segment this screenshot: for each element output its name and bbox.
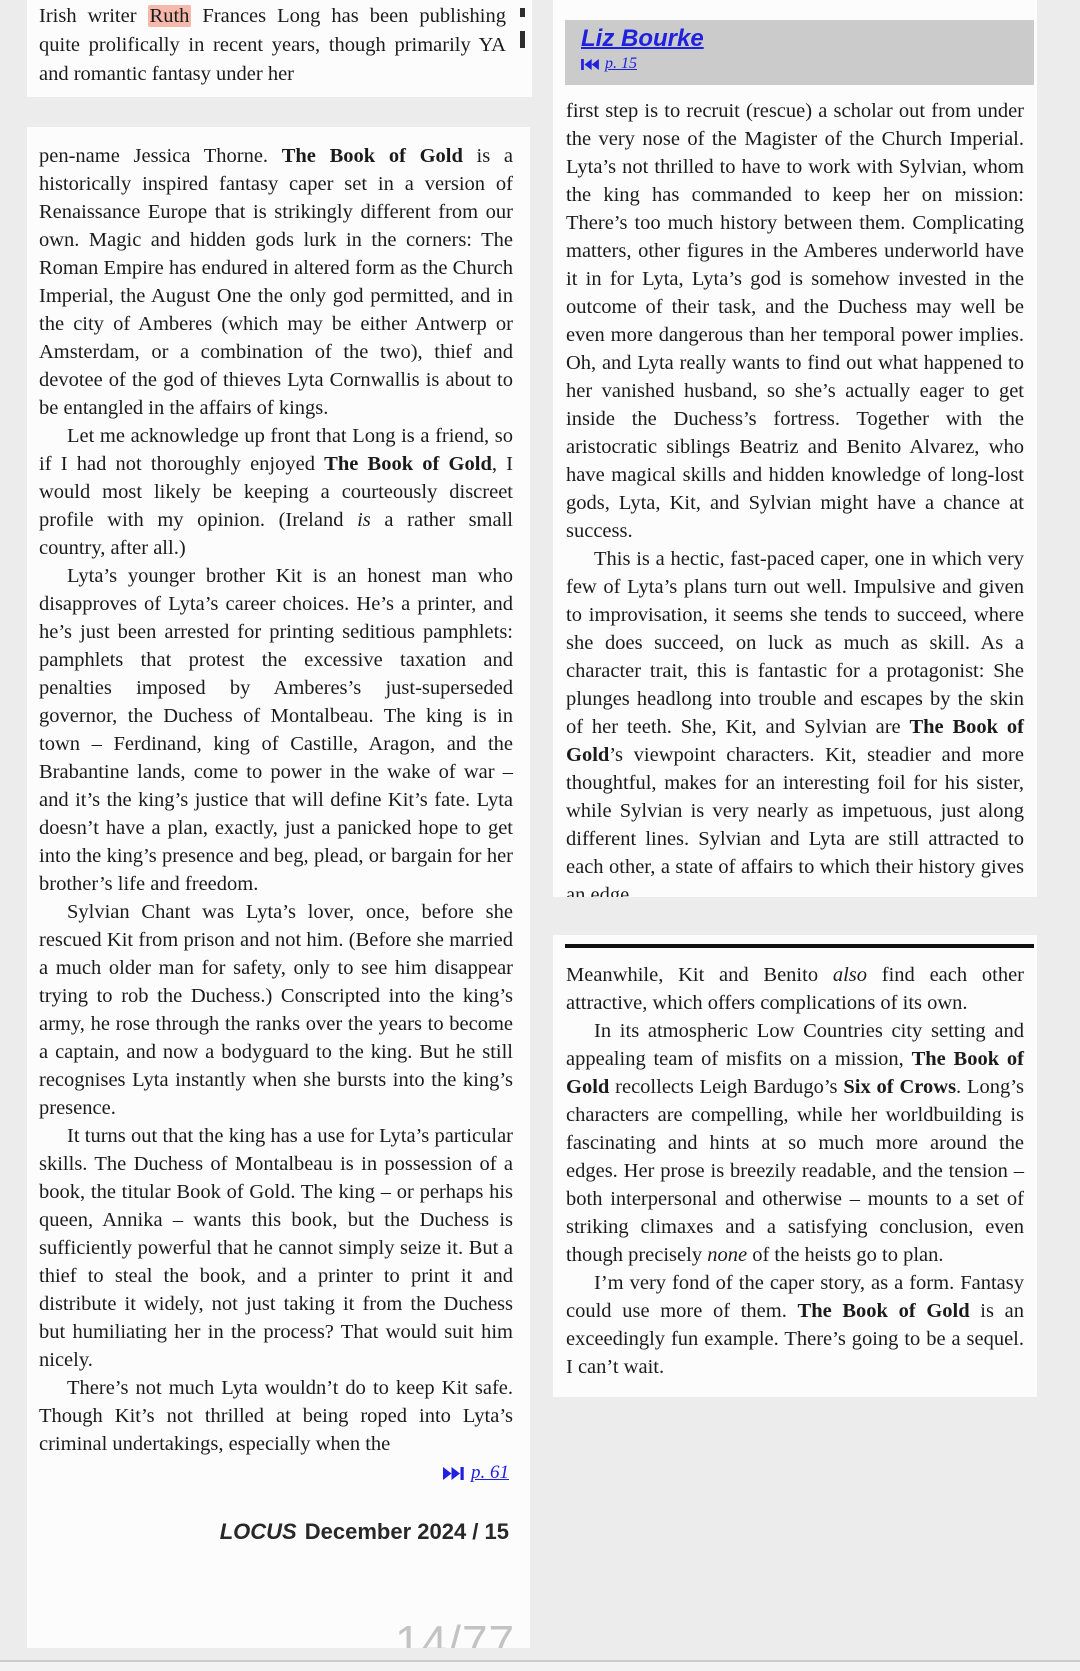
text-segment: recollects Leigh Bardugo’s [609, 1076, 843, 1098]
conclusion-text: Meanwhile, Kit and Benito also find each… [553, 948, 1037, 1381]
skip-back-icon [581, 59, 599, 70]
skip-forward-icon [443, 1467, 464, 1480]
text-segment: first step is to recruit (rescue) a scho… [566, 100, 1024, 542]
bottom-bar [0, 1662, 1080, 1671]
text-segment: Irish writer [39, 5, 148, 27]
paragraph: It turns out that the king has a use for… [39, 1122, 513, 1374]
text-segment: Sylvian Chant was Lyta’s lover, once, be… [39, 901, 513, 1119]
paragraph: first step is to recruit (rescue) a scho… [566, 97, 1024, 545]
magazine-page-view: Irish writer Ruth Frances Long has been … [0, 0, 1080, 1671]
text-segment: none [707, 1244, 747, 1266]
text-segment: It turns out that the king has a use for… [39, 1125, 513, 1371]
review-column-left: pen-name Jessica Thorne. The Book of Gol… [27, 127, 530, 1648]
text-segment: pen-name Jessica Thorne. [39, 145, 282, 167]
continue-link-row: p. 61 [39, 1462, 513, 1485]
paragraph: pen-name Jessica Thorne. The Book of Gol… [39, 142, 513, 422]
text-segment: Meanwhile, Kit and Benito [566, 964, 833, 986]
jump-back-label: p. 15 [605, 55, 637, 73]
top-text-snippet: Irish writer Ruth Frances Long has been … [27, 0, 532, 97]
jump-back-link[interactable]: p. 15 [581, 55, 637, 73]
reviewer-name-link[interactable]: Liz Bourke [581, 25, 704, 53]
text-segment: also [833, 964, 867, 986]
text-segment: The Book of Gold [798, 1300, 970, 1322]
footer-line: LOCUSDecember 2024 / 15 [39, 1519, 513, 1545]
text-segment: The Book of Gold [324, 453, 492, 475]
text-segment: is a historically inspired fantasy caper… [39, 145, 513, 419]
review-text-right: first step is to recruit (rescue) a scho… [553, 85, 1037, 897]
paragraph: This is a hectic, fast-paced caper, one … [566, 545, 1024, 897]
paragraph: In its atmospheric Low Countries city se… [566, 1017, 1024, 1269]
paragraph: Let me acknowledge up front that Long is… [39, 422, 513, 562]
text-segment: of the heists go to plan. [747, 1244, 943, 1266]
paragraph: Meanwhile, Kit and Benito also find each… [566, 961, 1024, 1017]
reviewer-byline-box: Liz Bourke p. 15 [565, 20, 1034, 85]
text-segment: Six of Crows [843, 1076, 956, 1098]
search-highlight: Ruth [148, 5, 192, 27]
text-segment: is [357, 509, 371, 531]
text-segment: ’s viewpoint characters. Kit, steadier a… [566, 744, 1024, 897]
text-segment: There’s not much Lyta wouldn’t do to kee… [39, 1377, 513, 1455]
text-segment: This is a hectic, fast-paced caper, one … [566, 548, 1024, 738]
paragraph: There’s not much Lyta wouldn’t do to kee… [39, 1374, 513, 1458]
review-text-left: pen-name Jessica Thorne. The Book of Gol… [39, 142, 513, 1458]
page-indicator: 14/77 [395, 1615, 515, 1648]
jump-forward-link[interactable]: p. 61 [443, 1462, 509, 1484]
snippet-paragraph: Irish writer Ruth Frances Long has been … [39, 2, 506, 89]
text-segment: Lyta’s younger brother Kit is an honest … [39, 565, 513, 895]
text-segment: The Book of Gold [282, 145, 463, 167]
paragraph: I’m very fond of the caper story, as a f… [566, 1269, 1024, 1381]
text-segment: . Long’s characters are compelling, whil… [566, 1076, 1024, 1266]
clipped-text-fragment [520, 8, 525, 17]
issue-info: December 2024 / 15 [305, 1519, 509, 1544]
paragraph: Lyta’s younger brother Kit is an honest … [39, 562, 513, 898]
magazine-name: LOCUS [220, 1519, 297, 1544]
clipped-text-fragment [520, 31, 525, 48]
review-conclusion-block: Meanwhile, Kit and Benito also find each… [553, 935, 1037, 1397]
paragraph: Sylvian Chant was Lyta’s lover, once, be… [39, 898, 513, 1122]
review-column-right: Liz Bourke p. 15 first step is to recrui… [553, 0, 1037, 897]
jump-forward-label: p. 61 [471, 1462, 509, 1484]
